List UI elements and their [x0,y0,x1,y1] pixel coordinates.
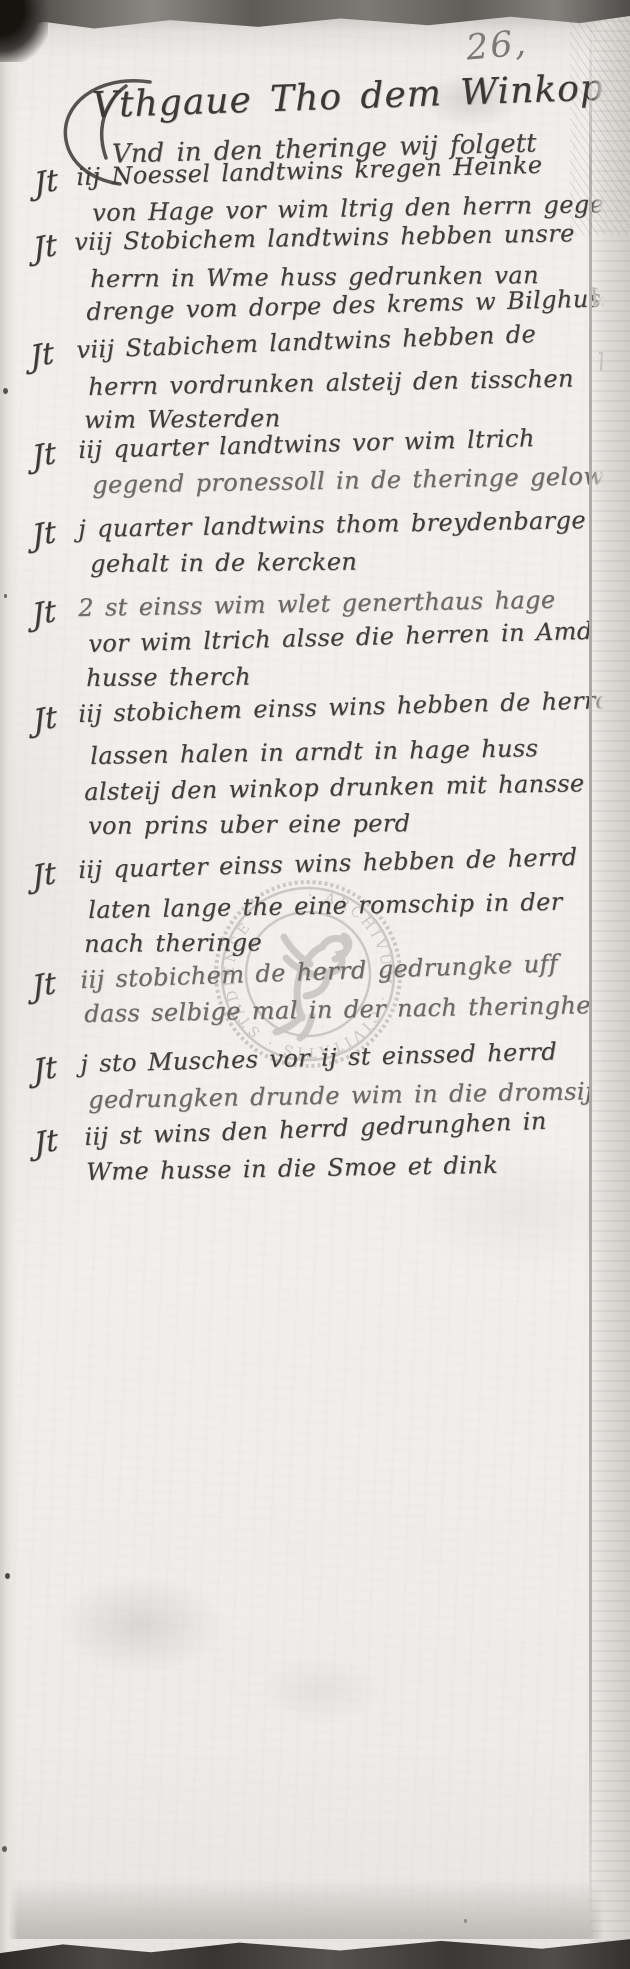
manuscript-line: husse therch [86,663,251,692]
item-marker: Jt [33,162,59,202]
item-marker: Jt [33,1122,59,1162]
top-right-scratches [570,0,630,235]
book-fore-edge [590,0,630,1969]
item-marker: Jt [31,855,57,895]
item-marker: Jt [32,699,58,739]
top-left-corner-shadow [0,0,48,62]
manuscript-line: von prins uber eine perd [88,809,411,840]
item-marker: Jt [31,593,57,633]
item-marker: Jt [31,435,57,475]
manuscript-line: wim Westerden [84,404,281,434]
item-marker: Jt [32,1049,58,1089]
item-marker: Jt [29,335,55,375]
manuscript-line: gehalt in de kercken [90,548,357,578]
item-marker: Jt [31,965,57,1005]
item-marker: Jt [31,514,57,554]
bottom-edge-shadow [0,1879,630,1939]
paper-specks [3,388,8,394]
manuscript-line: nach theringe [84,928,262,958]
page-left-edge [0,0,18,1969]
page-crease [589,20,592,1940]
manuscript-scan: · ARCHIVUM · CIVITATIS · STADIENSE · 26,… [0,0,630,1969]
item-marker: Jt [32,227,58,267]
